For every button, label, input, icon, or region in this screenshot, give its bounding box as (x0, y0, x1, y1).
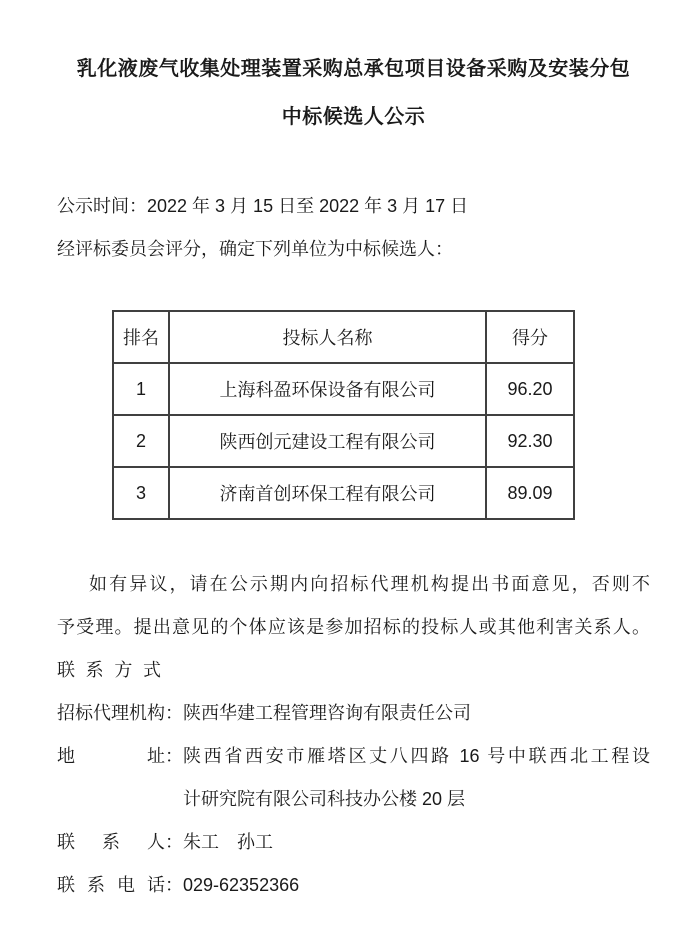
contact-person-label: 联 系 人： (57, 821, 183, 864)
contact-person-label-char: 人： (147, 821, 183, 864)
phone-row: 联 系 电 话： 029-62352366 (57, 864, 650, 907)
address-label: 地 址： (57, 735, 183, 821)
address-line1: 陕西省西安市雁塔区丈八四路 16 号中联西北工程设 (183, 735, 650, 778)
header-score: 得分 (486, 311, 574, 363)
table-row: 3 济南首创环保工程有限公司 89.09 (113, 467, 574, 519)
address-line2: 计研究院有限公司科技办公楼 20 层 (183, 778, 650, 821)
agency-value: 陕西华建工程管理咨询有限责任公司 (183, 692, 650, 735)
phone-value: 029-62352366 (183, 864, 650, 907)
rank-cell: 3 (113, 467, 169, 519)
contact-heading-char: 联 (57, 649, 75, 692)
objection-line1: 如有异议，请在公示期内向招标代理机构提出书面意见，否则不 (57, 563, 650, 606)
phone-label-char: 联 (57, 864, 75, 907)
bidder-cell: 陕西创元建设工程有限公司 (169, 415, 486, 467)
score-cell: 92.30 (486, 415, 574, 467)
contact-heading-label: 联 系 方 式 (57, 649, 161, 692)
rank-cell: 1 (113, 363, 169, 415)
phone-label-char: 电 (117, 864, 135, 907)
header-bidder-name: 投标人名称 (169, 311, 486, 363)
contact-section-heading: 联 系 方 式 (57, 649, 650, 692)
intro-text: 经评标委员会评分，确定下列单位为中标候选人： (57, 228, 650, 271)
phone-label: 联 系 电 话： (57, 864, 183, 907)
contact-person-label-char: 联 (57, 821, 75, 864)
address-row: 地 址： 陕西省西安市雁塔区丈八四路 16 号中联西北工程设 计研究院有限公司科… (57, 735, 650, 821)
bidder-cell: 上海科盈环保设备有限公司 (169, 363, 486, 415)
score-cell: 89.09 (486, 467, 574, 519)
publicity-period: 公示时间：2022 年 3 月 15 日至 2022 年 3 月 17 日 (57, 185, 650, 228)
phone-label-char: 系 (87, 864, 105, 907)
page-title: 乳化液废气收集处理装置采购总承包项目设备采购及安装分包 中标候选人公示 (57, 45, 650, 141)
contact-person-label-char: 系 (102, 821, 120, 864)
contact-heading-char: 系 (86, 649, 104, 692)
contact-person-row: 联 系 人： 朱工 孙工 (57, 821, 650, 864)
table-row: 2 陕西创元建设工程有限公司 92.30 (113, 415, 574, 467)
objection-paragraph: 如有异议，请在公示期内向招标代理机构提出书面意见，否则不 予受理。提出意见的个体… (57, 563, 650, 649)
table-header-row: 排名 投标人名称 得分 (113, 311, 574, 363)
address-label-char: 地 (57, 735, 75, 821)
bid-winner-announcement-document: 乳化液废气收集处理装置采购总承包项目设备采购及安装分包 中标候选人公示 公示时间… (0, 0, 700, 945)
contact-heading-char: 方 (114, 649, 132, 692)
address-value: 陕西省西安市雁塔区丈八四路 16 号中联西北工程设 计研究院有限公司科技办公楼 … (183, 735, 650, 821)
page-title-line1: 乳化液废气收集处理装置采购总承包项目设备采购及安装分包 (57, 45, 650, 93)
page-title-line2: 中标候选人公示 (57, 93, 650, 141)
score-cell: 96.20 (486, 363, 574, 415)
objection-line2: 予受理。提出意见的个体应该是参加招标的投标人或其他利害关系人。 (57, 606, 650, 649)
agency-row: 招标代理机构： 陕西华建工程管理咨询有限责任公司 (57, 692, 650, 735)
header-rank: 排名 (113, 311, 169, 363)
contact-heading-char: 式 (143, 649, 161, 692)
agency-label: 招标代理机构： (57, 692, 183, 735)
candidates-table: 排名 投标人名称 得分 1 上海科盈环保设备有限公司 96.20 2 陕西创元建… (112, 310, 575, 520)
address-label-char: 址： (147, 735, 183, 821)
bidder-cell: 济南首创环保工程有限公司 (169, 467, 486, 519)
phone-label-char: 话： (147, 864, 183, 907)
table-row: 1 上海科盈环保设备有限公司 96.20 (113, 363, 574, 415)
rank-cell: 2 (113, 415, 169, 467)
contact-person-value: 朱工 孙工 (183, 821, 650, 864)
